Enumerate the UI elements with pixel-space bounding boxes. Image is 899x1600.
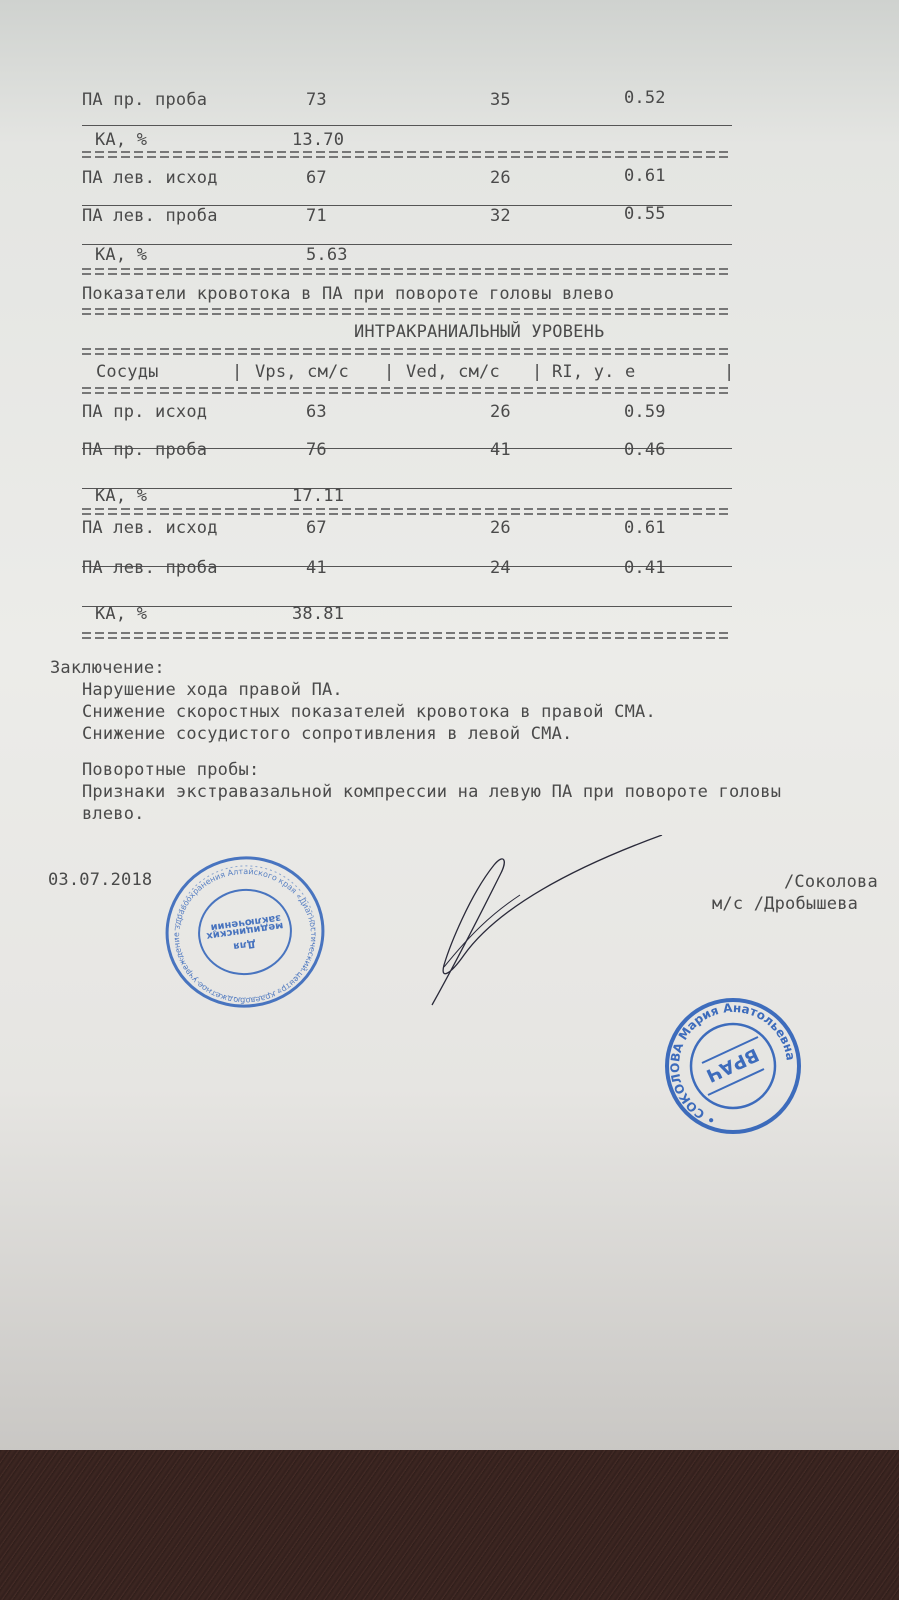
row-vessel: ПА лев. проба (82, 206, 218, 226)
header-sep: | (384, 362, 394, 382)
row-vps: 63 (306, 402, 327, 422)
doctor-stamp-icon: ВРАЧ • СОКОЛОВА Мария Анатольевна (662, 995, 804, 1137)
row-divider (82, 125, 732, 126)
row-vps: 73 (306, 90, 327, 110)
double-divider (82, 151, 732, 159)
row-ri: 0.61 (624, 518, 666, 538)
row-vessel: ПА лев. исход (82, 518, 218, 538)
row-ved: 41 (490, 440, 511, 460)
ka-label: КА, % (95, 245, 147, 265)
nurse-name: м/с /Дробышева (712, 894, 858, 914)
row-ri: 0.55 (624, 204, 666, 224)
svg-text:Для: Для (233, 938, 257, 952)
organization-stamp-icon: заключений медицинских Для бюджетное учр… (160, 852, 330, 1012)
row-ri: 0.59 (624, 402, 666, 422)
signature-icon (430, 835, 670, 1010)
conclusion-label: Заключение: (50, 658, 165, 678)
ka-value: 5.63 (306, 245, 348, 265)
row-vps: 41 (306, 558, 327, 578)
header-sep: | (532, 362, 542, 382)
section-title: Показатели кровотока в ПА при повороте г… (82, 284, 614, 304)
row-divider (82, 244, 732, 245)
double-divider (82, 632, 732, 640)
double-divider (82, 268, 732, 276)
ka-label: КА, % (95, 486, 147, 506)
tests-label: Поворотные пробы: (82, 760, 259, 780)
row-vps: 76 (306, 440, 327, 460)
row-ved: 35 (490, 90, 511, 110)
report-date: 03.07.2018 (48, 870, 152, 890)
header-ved: Ved, см/с (406, 362, 500, 382)
row-ri: 0.46 (624, 440, 666, 460)
row-ved: 26 (490, 168, 511, 188)
row-ri: 0.61 (624, 166, 666, 186)
wooden-table-background (0, 1450, 899, 1600)
row-divider (82, 488, 732, 489)
ka-value: 17.11 (292, 486, 344, 506)
doctor-name: /Соколова (784, 872, 878, 892)
row-ved: 26 (490, 518, 511, 538)
header-sep: | (232, 362, 242, 382)
ka-label: КА, % (95, 604, 147, 624)
row-vessel: ПА лев. исход (82, 168, 218, 188)
row-ri: 0.41 (624, 558, 666, 578)
row-ri: 0.52 (624, 88, 666, 108)
level-title: ИНТРАКРАНИАЛЬНЫЙ УРОВЕНЬ (354, 322, 604, 342)
ka-value: 13.70 (292, 130, 344, 150)
conclusion-line: Снижение сосудистого сопротивления в лев… (82, 724, 572, 744)
row-ved: 32 (490, 206, 511, 226)
row-vessel: ПА лев. проба (82, 558, 218, 578)
header-vessel: Сосуды (96, 362, 159, 382)
row-vessel: ПА пр. исход (82, 402, 207, 422)
double-divider (82, 508, 732, 516)
row-vessel: ПА пр. проба (82, 90, 207, 110)
tests-line: Признаки экстравазальной компрессии на л… (82, 782, 781, 802)
row-ved: 24 (490, 558, 511, 578)
tests-line: влево. (82, 804, 145, 824)
row-vps: 71 (306, 206, 327, 226)
ka-value: 38.81 (292, 604, 344, 624)
double-divider (82, 348, 732, 356)
row-ved: 26 (490, 402, 511, 422)
ka-label: КА, % (95, 130, 147, 150)
row-vps: 67 (306, 518, 327, 538)
row-vessel: ПА пр. проба (82, 440, 207, 460)
header-ri: RI, у. е (552, 362, 635, 382)
header-vps: Vps, см/с (255, 362, 349, 382)
double-divider (82, 308, 732, 316)
row-vps: 67 (306, 168, 327, 188)
conclusion-line: Снижение скоростных показателей кровоток… (82, 702, 656, 722)
header-sep: | (724, 362, 734, 382)
conclusion-line: Нарушение хода правой ПА. (82, 680, 343, 700)
row-divider (82, 606, 732, 607)
double-divider (82, 387, 732, 395)
